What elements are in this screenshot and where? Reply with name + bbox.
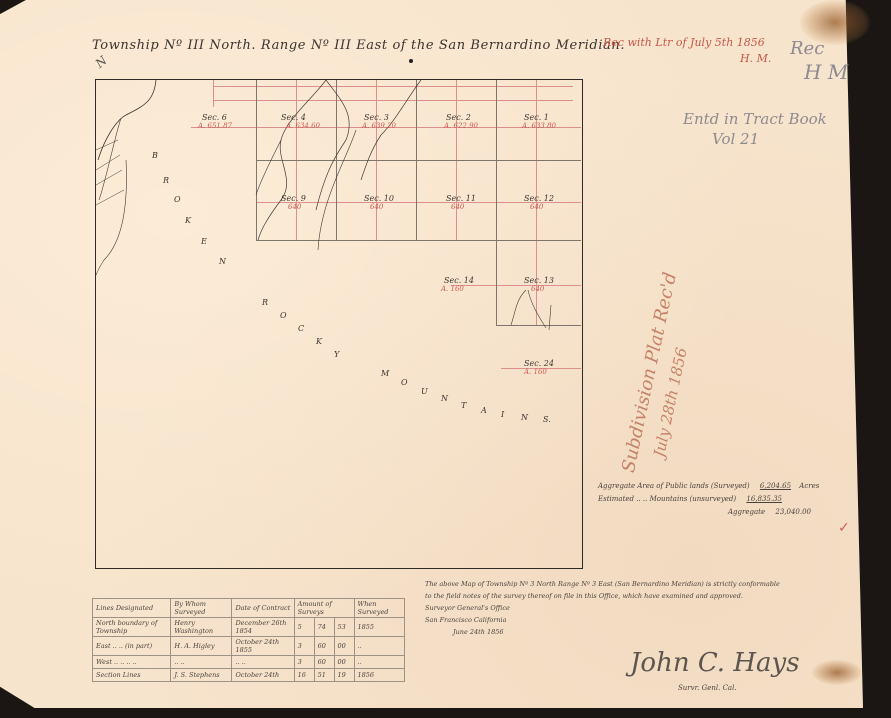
- stain-bottom-right: [812, 660, 862, 685]
- aggregate-surveyed-label: Aggregate Area of Public lands (Surveyed…: [598, 482, 750, 490]
- cell-chains: 60: [314, 656, 334, 669]
- cell-date: .. ..: [232, 656, 294, 669]
- entered-volume: Vol 21: [712, 130, 759, 148]
- col-when: When Surveyed: [354, 599, 404, 618]
- col-amount: Amount of Surveys: [294, 599, 354, 618]
- aggregate-mountains-value: 16,835.35: [746, 495, 782, 503]
- cell-chains: 60: [314, 637, 334, 656]
- certification-line: to the field notes of the survey thereof…: [425, 590, 845, 602]
- aggregate-area-summary: Aggregate Area of Public lands (Surveyed…: [598, 480, 819, 519]
- aggregate-mountains-label: Estimated .. .. Mountains (unsurveyed): [598, 495, 736, 503]
- aggregate-total-label: Aggregate: [728, 508, 765, 516]
- pin-hole: [409, 59, 413, 63]
- cell-links: 53: [334, 618, 354, 637]
- certification-line: The above Map of Township Nº 3 North Ran…: [425, 578, 845, 590]
- broken-rocky-mountains-label: B R O K E N R O C K Y M O U N T A I N S.: [96, 80, 582, 568]
- check-mark-icon: ✓: [838, 520, 850, 536]
- table-row: Section Lines J. S. Stephens October 24t…: [93, 669, 405, 682]
- map-title: Township Nº III North. Range Nº III East…: [92, 38, 625, 53]
- col-lines: Lines Designated: [93, 599, 171, 618]
- cell-by: .. ..: [171, 656, 232, 669]
- aggregate-unit: Acres: [799, 482, 819, 490]
- cell-chains: 74: [314, 618, 334, 637]
- cell-lines: Section Lines: [93, 669, 171, 682]
- table-row: East .. .. (in part) H. A. Higley Octobe…: [93, 637, 405, 656]
- date-line: June 24th 1856: [425, 626, 845, 638]
- location-line: San Francisco California: [425, 614, 845, 626]
- cell-by: J. S. Stephens: [171, 669, 232, 682]
- township-map: Sec. 6 A. 651.87 Sec. 4 A. 634.60 Sec. 3…: [95, 79, 583, 569]
- cell-links: 19: [334, 669, 354, 682]
- cell-chains: 51: [314, 669, 334, 682]
- rec-initials: H M: [804, 60, 848, 84]
- cell-miles: 16: [294, 669, 314, 682]
- aggregate-total-value: 23,040.00: [775, 508, 811, 516]
- cell-by: Henry Washington: [171, 618, 232, 637]
- surveyor-general-signature: John C. Hays: [630, 648, 800, 678]
- cell-date: October 24th: [232, 669, 294, 682]
- stain-top-right: [800, 0, 870, 45]
- cell-date: December 26th 1854: [232, 618, 294, 637]
- cell-links: 00: [334, 656, 354, 669]
- signature-title: Survr. Genl. Cal.: [678, 684, 737, 692]
- cell-when: 1856: [354, 669, 404, 682]
- cell-miles: 3: [294, 656, 314, 669]
- office-line: Surveyor General's Office: [425, 602, 845, 614]
- col-date: Date of Contract: [232, 599, 294, 618]
- table-row: West .. .. .. .. .. .. .. .. 3 60 00 ..: [93, 656, 405, 669]
- cell-lines: West .. .. .. ..: [93, 656, 171, 669]
- survey-record-table: Lines Designated By Whom Surveyed Date o…: [92, 598, 405, 682]
- cell-links: 00: [334, 637, 354, 656]
- certification-text: The above Map of Township Nº 3 North Ran…: [425, 578, 845, 638]
- cell-when: ..: [354, 637, 404, 656]
- cell-lines: East .. .. (in part): [93, 637, 171, 656]
- received-note: Rec with Ltr of July 5th 1856: [603, 36, 765, 49]
- aggregate-surveyed-value: 6,204.65: [760, 482, 791, 490]
- cell-when: 1855: [354, 618, 404, 637]
- table-row: North boundary of Township Henry Washing…: [93, 618, 405, 637]
- cell-lines: North boundary of Township: [93, 618, 171, 637]
- col-by-whom: By Whom Surveyed: [171, 599, 232, 618]
- cell-date: October 24th 1855: [232, 637, 294, 656]
- cell-miles: 3: [294, 637, 314, 656]
- cell-when: ..: [354, 656, 404, 669]
- entered-note: Entd in Tract Book: [683, 110, 827, 128]
- cell-by: H. A. Higley: [171, 637, 232, 656]
- received-initials: H. M.: [740, 52, 771, 65]
- cell-miles: 5: [294, 618, 314, 637]
